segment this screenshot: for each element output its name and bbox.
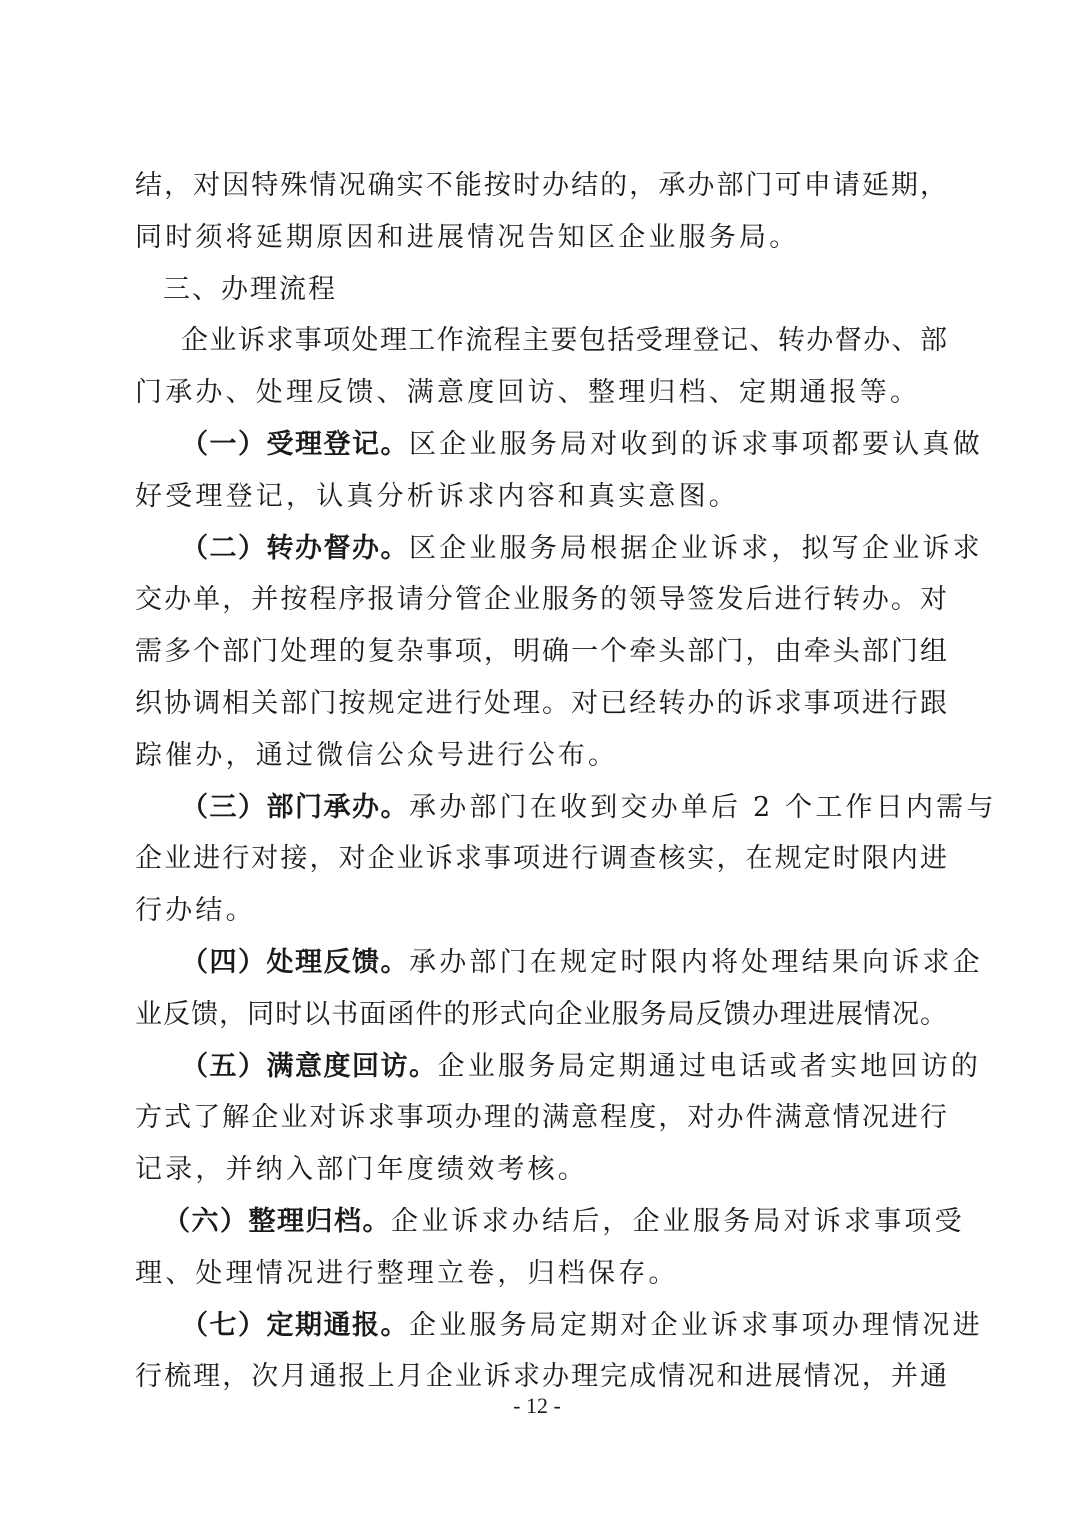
page-number: - 12 - <box>0 1393 1074 1419</box>
text-line: 好受理登记，认真分析诉求内容和真实意图。 <box>135 471 947 523</box>
text-line: 企业诉求事项处理工作流程主要包括受理登记、转办督办、部 <box>135 315 947 367</box>
item-text: 区企业服务局对收到的诉求事项都要认真做 <box>409 429 983 460</box>
item-text: 企业服务局定期通过电话或者实地回访的 <box>438 1051 982 1082</box>
list-item-first-line: （二）转办督办。区企业服务局根据企业诉求，拟写企业诉求 <box>135 523 947 575</box>
list-item-first-line: （四）处理反馈。承办部门在规定时限内将处理结果向诉求企 <box>135 937 947 989</box>
list-item-first-line: （六）整理归档。企业诉求办结后，企业服务局对诉求事项受 <box>135 1196 947 1248</box>
text-line: 记录，并纳入部门年度绩效考核。 <box>135 1144 947 1196</box>
item-text: 企业服务局定期对企业诉求事项办理情况进 <box>409 1310 983 1341</box>
item-title: （七）定期通报。 <box>181 1310 409 1341</box>
item-text: 承办部门在规定时限内将处理结果向诉求企 <box>409 947 983 978</box>
item-text: 区企业服务局根据企业诉求，拟写企业诉求 <box>409 533 983 564</box>
text-line: 织协调相关部门按规定进行处理。对已经转办的诉求事项进行跟 <box>135 678 947 730</box>
text-line: 行办结。 <box>135 885 947 937</box>
list-item-first-line: （五）满意度回访。企业服务局定期通过电话或者实地回访的 <box>135 1041 947 1093</box>
item-text: 承办部门在收到交办单后 2 个工作日内需与 <box>409 792 997 823</box>
item-title: （二）转办督办。 <box>181 533 409 564</box>
document-body: 结，对因特殊情况确实不能按时办结的，承办部门可申请延期， 同时须将延期原因和进展… <box>135 160 947 1403</box>
text-line: 理、处理情况进行整理立卷，归档保存。 <box>135 1248 947 1300</box>
item-text: 企业诉求办结后，企业服务局对诉求事项受 <box>391 1206 965 1237</box>
item-title: （四）处理反馈。 <box>181 947 409 978</box>
text-line: 方式了解企业对诉求事项办理的满意程度，对办件满意情况进行 <box>135 1092 947 1144</box>
text-line: 业反馈，同时以书面函件的形式向企业服务局反馈办理进展情况。 <box>135 989 947 1041</box>
list-item-first-line: （三）部门承办。承办部门在收到交办单后 2 个工作日内需与 <box>135 782 947 834</box>
text-line: 门承办、处理反馈、满意度回访、整理归档、定期通报等。 <box>135 367 947 419</box>
text-line: 交办单，并按程序报请分管企业服务的领导签发后进行转办。对 <box>135 574 947 626</box>
item-title: （五）满意度回访。 <box>181 1051 438 1082</box>
text-line: 企业进行对接，对企业诉求事项进行调查核实，在规定时限内进 <box>135 833 947 885</box>
document-page: 结，对因特殊情况确实不能按时办结的，承办部门可申请延期， 同时须将延期原因和进展… <box>0 0 1074 1520</box>
item-title: （六）整理归档。 <box>163 1206 391 1237</box>
list-item-first-line: （七）定期通报。企业服务局定期对企业诉求事项办理情况进 <box>135 1300 947 1352</box>
text-line: 需多个部门处理的复杂事项，明确一个牵头部门，由牵头部门组 <box>135 626 947 678</box>
item-title: （三）部门承办。 <box>181 792 409 823</box>
text-line: 踪催办，通过微信公众号进行公布。 <box>135 730 947 782</box>
list-item-first-line: （一）受理登记。区企业服务局对收到的诉求事项都要认真做 <box>135 419 947 471</box>
item-title: （一）受理登记。 <box>181 429 409 460</box>
text-line: 结，对因特殊情况确实不能按时办结的，承办部门可申请延期， <box>135 160 947 212</box>
section-heading: 三、办理流程 <box>135 264 947 316</box>
text-line: 同时须将延期原因和进展情况告知区企业服务局。 <box>135 212 947 264</box>
